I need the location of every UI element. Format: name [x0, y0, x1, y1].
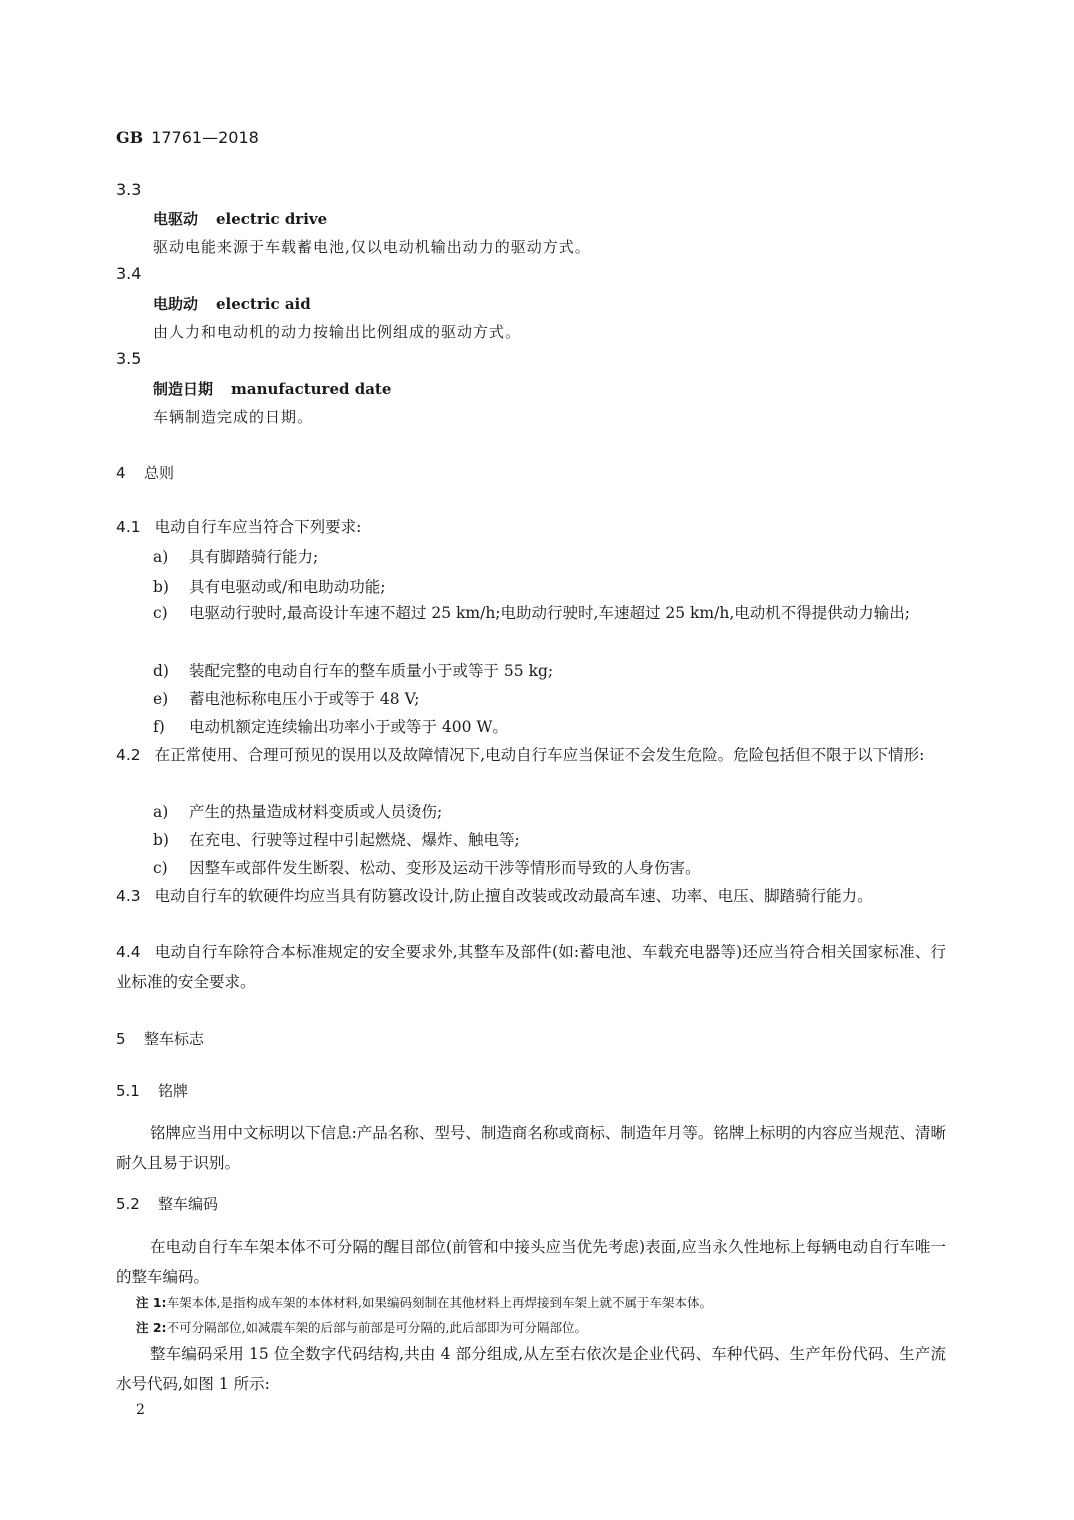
subsection-title: 整车编码 [158, 1195, 218, 1213]
item-text: 具有脚踏骑行能力; [189, 542, 946, 572]
term-definition: 驱动电能来源于车载蓄电池,仅以电动机输出动力的驱动方式。 [153, 236, 591, 257]
section-heading: 5整车标志 [116, 1028, 204, 1049]
section-title: 总则 [144, 464, 174, 482]
clause-number: 4.1 [116, 518, 141, 536]
section-heading: 4总则 [116, 462, 174, 483]
item-text: 蓄电池标称电压小于或等于 48 V; [189, 684, 946, 714]
item-label: b) [153, 825, 189, 855]
term-title: 制造日期manufactured date [153, 378, 391, 399]
term-title: 电助动electric aid [153, 293, 311, 314]
list-item: b)在充电、行驶等过程中引起燃烧、爆炸、触电等; [153, 825, 948, 855]
std-number: 17761—2018 [151, 128, 259, 147]
item-label: e) [153, 684, 189, 714]
subsection-number: 5.2 [116, 1195, 158, 1213]
note-label: 注 1: [136, 1295, 167, 1310]
clause-4-3: 4.3电动自行车的软硬件均应当具有防篡改设计,防止擅自改装或改动最高车速、功率、… [116, 881, 946, 911]
note-label: 注 2: [136, 1320, 167, 1335]
term-definition: 车辆制造完成的日期。 [153, 406, 313, 427]
term-en: electric drive [216, 210, 327, 228]
clause-4-4: 4.4电动自行车除符合本标准规定的安全要求外,其整车及部件(如:蓄电池、车载充电… [116, 937, 946, 997]
document-page: GB17761—2018 3.3 电驱动electric drive 驱动电能来… [0, 0, 1074, 1520]
list-item: e)蓄电池标称电压小于或等于 48 V; [153, 684, 948, 714]
term-number: 3.4 [116, 264, 141, 283]
item-text: 装配完整的电动自行车的整车质量小于或等于 55 kg; [189, 656, 946, 686]
list-item: a)具有脚踏骑行能力; [153, 542, 948, 572]
item-text: 在充电、行驶等过程中引起燃烧、爆炸、触电等; [189, 825, 946, 855]
term-number: 3.5 [116, 349, 141, 368]
term-zh: 电驱动 [153, 210, 198, 228]
item-label: a) [153, 542, 189, 572]
list-item: d)装配完整的电动自行车的整车质量小于或等于 55 kg; [153, 656, 948, 686]
subsection-title: 铭牌 [158, 1082, 188, 1100]
note-text: 不可分隔部位,如减震车架的后部与前部是可分隔的,此后部即为可分隔部位。 [167, 1320, 587, 1335]
standard-identifier: GB17761—2018 [116, 128, 259, 147]
term-number: 3.3 [116, 180, 141, 199]
subsection-heading: 5.2整车编码 [116, 1193, 218, 1214]
item-label: a) [153, 797, 189, 827]
clause-4-1: 4.1电动自行车应当符合下列要求: [116, 512, 946, 542]
item-label: c) [153, 853, 189, 883]
item-text: 电驱动行驶时,最高设计车速不超过 25 km/h;电助动行驶时,车速超过 25 … [189, 598, 946, 628]
item-text: 因整车或部件发生断裂、松动、变形及运动干涉等情形而导致的人身伤害。 [189, 853, 946, 883]
term-definition: 由人力和电动机的动力按输出比例组成的驱动方式。 [153, 321, 521, 342]
note-2: 注 2:不可分隔部位,如减震车架的后部与前部是可分隔的,此后部即为可分隔部位。 [136, 1318, 587, 1336]
paragraph: 整车编码采用 15 位全数字代码结构,共由 4 部分组成,从左至右依次是企业代码… [116, 1339, 946, 1399]
page-number: 2 [136, 1402, 145, 1418]
note-text: 车架本体,是指构成车架的本体材料,如果编码刻制在其他材料上再焊接到车架上就不属于… [167, 1295, 712, 1310]
term-zh: 制造日期 [153, 380, 213, 398]
item-label: f) [153, 712, 189, 742]
clause-number: 4.2 [116, 746, 141, 764]
term-en: electric aid [216, 295, 311, 313]
section-title: 整车标志 [144, 1030, 204, 1048]
item-text: 产生的热量造成材料变质或人员烫伤; [189, 797, 946, 827]
term-zh: 电助动 [153, 295, 198, 313]
paragraph: 铭牌应当用中文标明以下信息:产品名称、型号、制造商名称或商标、制造年月等。铭牌上… [116, 1118, 946, 1178]
clause-text: 电动自行车的软硬件均应当具有防篡改设计,防止擅自改装或改动最高车速、功率、电压、… [155, 887, 873, 905]
item-label: d) [153, 656, 189, 686]
paragraph: 在电动自行车车架本体不可分隔的醒目部位(前管和中接头应当优先考虑)表面,应当永久… [116, 1232, 946, 1292]
section-number: 4 [116, 464, 144, 482]
list-item: a)产生的热量造成材料变质或人员烫伤; [153, 797, 948, 827]
item-text: 电动机额定连续输出功率小于或等于 400 W。 [189, 712, 946, 742]
clause-number: 4.3 [116, 887, 141, 905]
section-number: 5 [116, 1030, 144, 1048]
clause-4-2: 4.2在正常使用、合理可预见的误用以及故障情况下,电动自行车应当保证不会发生危险… [116, 740, 946, 770]
list-item: c)电驱动行驶时,最高设计车速不超过 25 km/h;电助动行驶时,车速超过 2… [153, 598, 948, 628]
list-item: c)因整车或部件发生断裂、松动、变形及运动干涉等情形而导致的人身伤害。 [153, 853, 948, 883]
subsection-number: 5.1 [116, 1082, 158, 1100]
list-item: f)电动机额定连续输出功率小于或等于 400 W。 [153, 712, 948, 742]
clause-text: 在正常使用、合理可预见的误用以及故障情况下,电动自行车应当保证不会发生危险。危险… [155, 746, 925, 764]
std-prefix: GB [116, 128, 143, 147]
clause-number: 4.4 [116, 943, 141, 961]
subsection-heading: 5.1铭牌 [116, 1080, 188, 1101]
term-title: 电驱动electric drive [153, 208, 327, 229]
clause-text: 电动自行车除符合本标准规定的安全要求外,其整车及部件(如:蓄电池、车载充电器等)… [116, 943, 946, 991]
note-1: 注 1:车架本体,是指构成车架的本体材料,如果编码刻制在其他材料上再焊接到车架上… [136, 1293, 712, 1311]
clause-text: 电动自行车应当符合下列要求: [155, 518, 362, 536]
item-label: c) [153, 598, 189, 628]
term-en: manufactured date [231, 380, 391, 398]
